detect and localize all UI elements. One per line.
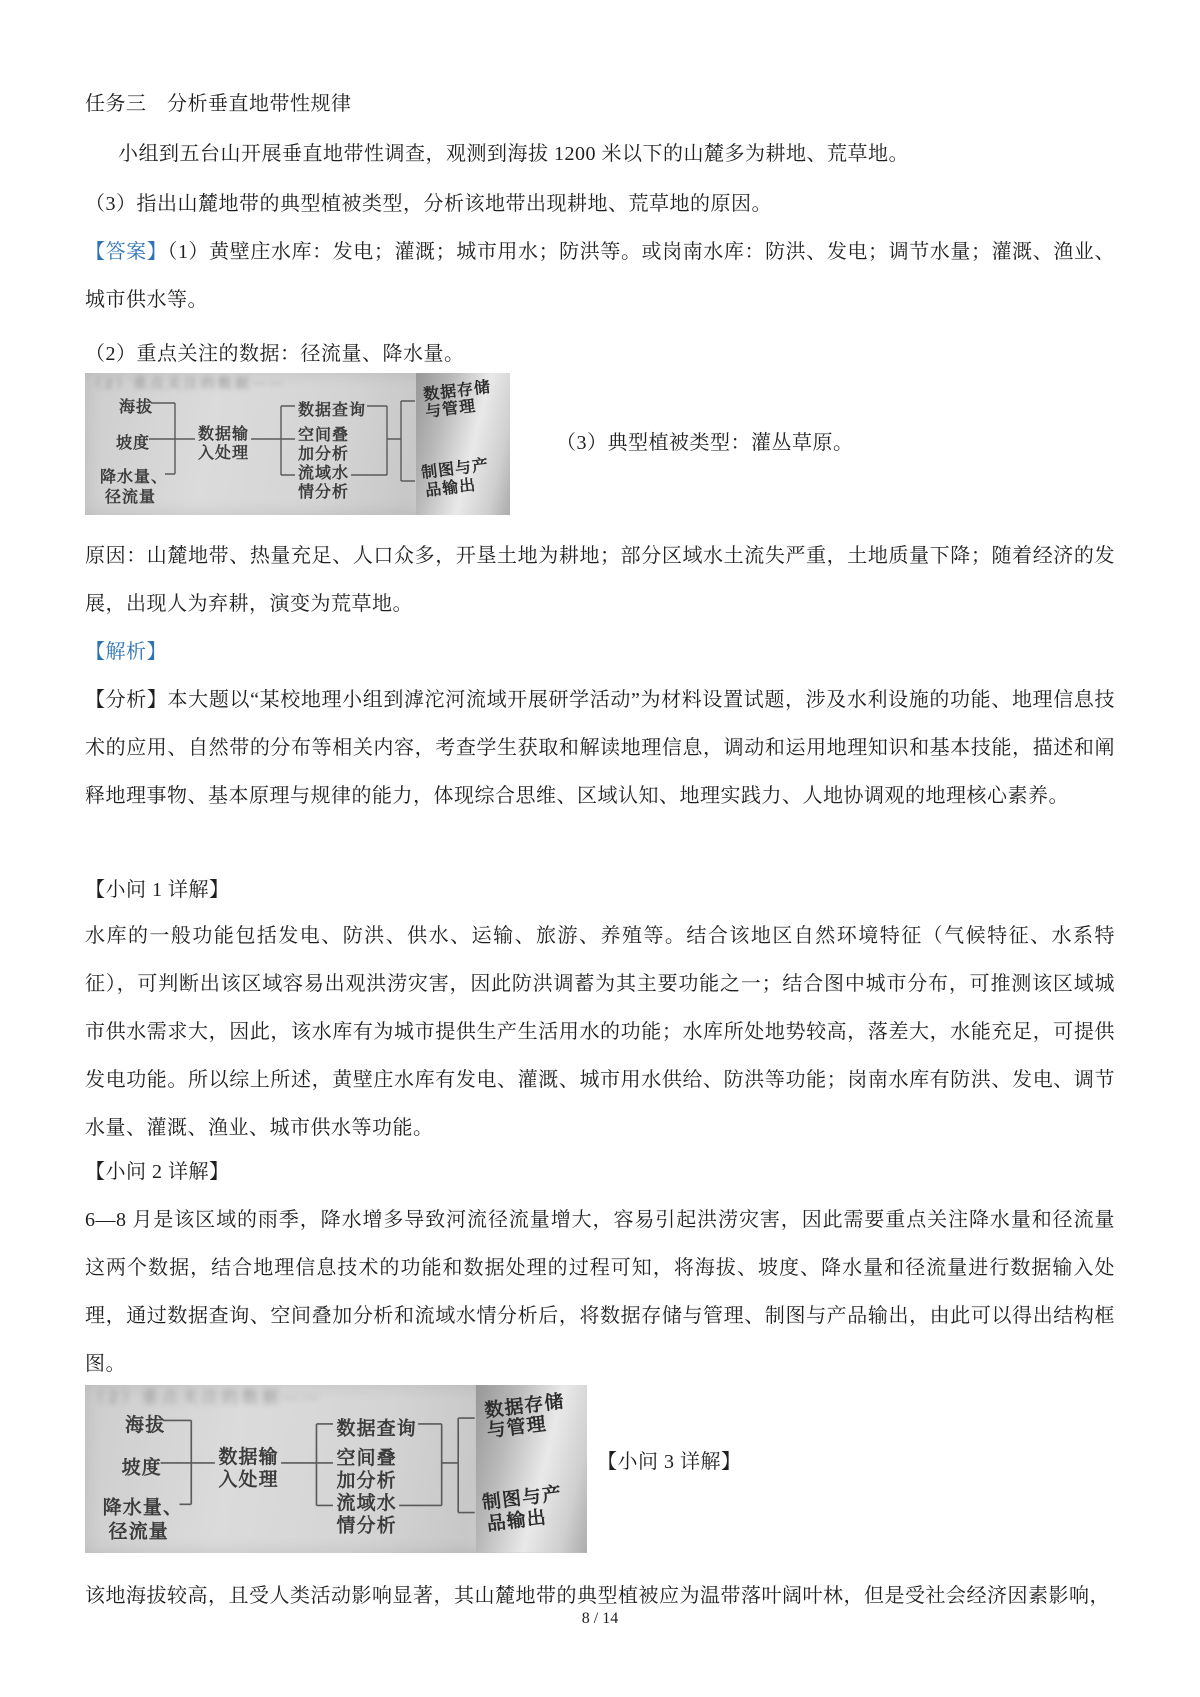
subq2-label: 【小问 2 详解】: [85, 1148, 1115, 1196]
intro-paragraph: 小组到五台山开展垂直地带性调查，观测到海拔 1200 米以下的山麓多为耕地、荒草…: [85, 130, 1115, 178]
flowchart-photo-2: （2）重点关注的数据⋯⋯ 海拔 坡度 降水量、 径流量 数据输 入处理 数据查询…: [85, 1385, 587, 1553]
answer-part3-text: （3）典型植被类型：灌丛草原。: [556, 432, 854, 454]
answer-part3: （3）典型植被类型：灌丛草原。: [556, 428, 854, 458]
analysis-overview-text: 本大题以“某校地理小组到滹沱河流域开展研学活动”为材料设置试题，涉及水利设施的功…: [85, 689, 1115, 807]
flowchart-canvas: （2）重点关注的数据⋯⋯ 海拔 坡度 降水量、 径流量 数据输 入处理 数据查询…: [85, 1385, 587, 1553]
figure-row-1: （2）重点关注的数据⋯⋯ 海拔 坡度 降水量、 径流量 数据输 入处理 数据查询…: [85, 373, 854, 515]
analysis-label-text: 【解析】: [85, 641, 167, 663]
answer-part2-text: （2）重点关注的数据：径流量、降水量。: [85, 343, 465, 365]
page-number-text: 8 / 14: [582, 1610, 618, 1627]
flowchart-input-runoff: 径流量: [105, 484, 156, 507]
answer-label: 【答案】: [85, 241, 167, 263]
flowchart-analysis-basin-line2: 情分析: [337, 1510, 397, 1537]
subq2-paragraph: 6—8 月是该区域的雨季，降水增多导致河流径流量增大，容易引起洪涝灾害，因此需要…: [85, 1196, 1115, 1388]
question-3: （3）指出山麓地带的典型植被类型，分析该地带出现耕地、荒草地的原因。: [85, 180, 1115, 228]
answer-paragraph: 【答案】（1）黄壁庄水库：发电；灌溉；城市用水；防洪等。或岗南水库：防洪、发电；…: [85, 228, 1115, 324]
subq3-text: 该地海拔较高，且受人类活动影响显著，其山麓地带的典型植被应为温带落叶阔叶林，但是…: [85, 1585, 1110, 1607]
flowchart-input-slope: 坡度: [122, 1452, 162, 1479]
analysis-section-label: 【解析】: [85, 628, 1115, 676]
flowchart-analysis-basin-line2: 情分析: [298, 479, 349, 502]
intro-text: 小组到五台山开展垂直地带性调查，观测到海拔 1200 米以下的山麓多为耕地、荒草…: [118, 143, 909, 165]
subq1-text: 水库的一般功能包括发电、防洪、供水、运输、旅游、养殖等。结合该地区自然环境特征（…: [85, 925, 1115, 1139]
subq3-label: 【小问 3 详解】: [597, 1447, 742, 1477]
subq1-paragraph: 水库的一般功能包括发电、防洪、供水、运输、旅游、养殖等。结合该地区自然环境特征（…: [85, 912, 1115, 1152]
flowchart-input-slope: 坡度: [116, 430, 150, 453]
answer-part1-text: （1）黄壁庄水库：发电；灌溉；城市用水；防洪等。或岗南水库：防洪、发电；调节水量…: [85, 241, 1115, 311]
page-number: 8 / 14: [0, 1606, 1200, 1632]
flowchart-process-line2: 入处理: [218, 1464, 278, 1491]
flowchart-blurred-caption: （2）重点关注的数据⋯⋯: [88, 373, 286, 393]
subq1-label: 【小问 1 详解】: [85, 866, 1115, 914]
answer-reason-text: 原因：山麓地带、热量充足、人口众多，开垦土地为耕地；部分区域水土流失严重，土地质…: [85, 545, 1115, 615]
figure-row-2: （2）重点关注的数据⋯⋯ 海拔 坡度 降水量、 径流量 数据输 入处理 数据查询…: [85, 1385, 742, 1553]
flowchart-input-elevation: 海拔: [125, 1410, 165, 1437]
subq1-label-text: 【小问 1 详解】: [85, 879, 230, 901]
question-3-text: （3）指出山麓地带的典型植被类型，分析该地带出现耕地、荒草地的原因。: [85, 193, 772, 215]
task-heading-text: 任务三 分析垂直地带性规律: [85, 93, 352, 115]
flowchart-input-runoff: 径流量: [109, 1516, 169, 1543]
task-heading: 任务三 分析垂直地带性规律: [85, 80, 1115, 128]
answer-part2: （2）重点关注的数据：径流量、降水量。: [85, 330, 1115, 378]
flowchart-photo-1: （2）重点关注的数据⋯⋯ 海拔 坡度 降水量、 径流量 数据输 入处理 数据查询…: [85, 373, 510, 515]
answer-reason: 原因：山麓地带、热量充足、人口众多，开垦土地为耕地；部分区域水土流失严重，土地质…: [85, 532, 1115, 628]
document-page: 任务三 分析垂直地带性规律 小组到五台山开展垂直地带性调查，观测到海拔 1200…: [0, 0, 1200, 1697]
flowchart-analysis-query: 数据查询: [298, 397, 366, 420]
flowchart-blurred-caption: （2）重点关注的数据⋯⋯: [89, 1385, 323, 1409]
analysis-overview: 【分析】本大题以“某校地理小组到滹沱河流域开展研学活动”为材料设置试题，涉及水利…: [85, 676, 1115, 820]
subq2-text: 6—8 月是该区域的雨季，降水增多导致河流径流量增大，容易引起洪涝灾害，因此需要…: [85, 1209, 1115, 1375]
flowchart-process-line2: 入处理: [198, 440, 249, 463]
subq2-label-text: 【小问 2 详解】: [85, 1161, 230, 1183]
flowchart-analysis-query: 数据查询: [337, 1413, 417, 1440]
flowchart-canvas: （2）重点关注的数据⋯⋯ 海拔 坡度 降水量、 径流量 数据输 入处理 数据查询…: [85, 373, 510, 515]
analysis-overview-label: 【分析】: [85, 689, 168, 711]
subq3-label-text: 【小问 3 详解】: [597, 1451, 742, 1473]
flowchart-input-elevation: 海拔: [119, 394, 153, 417]
